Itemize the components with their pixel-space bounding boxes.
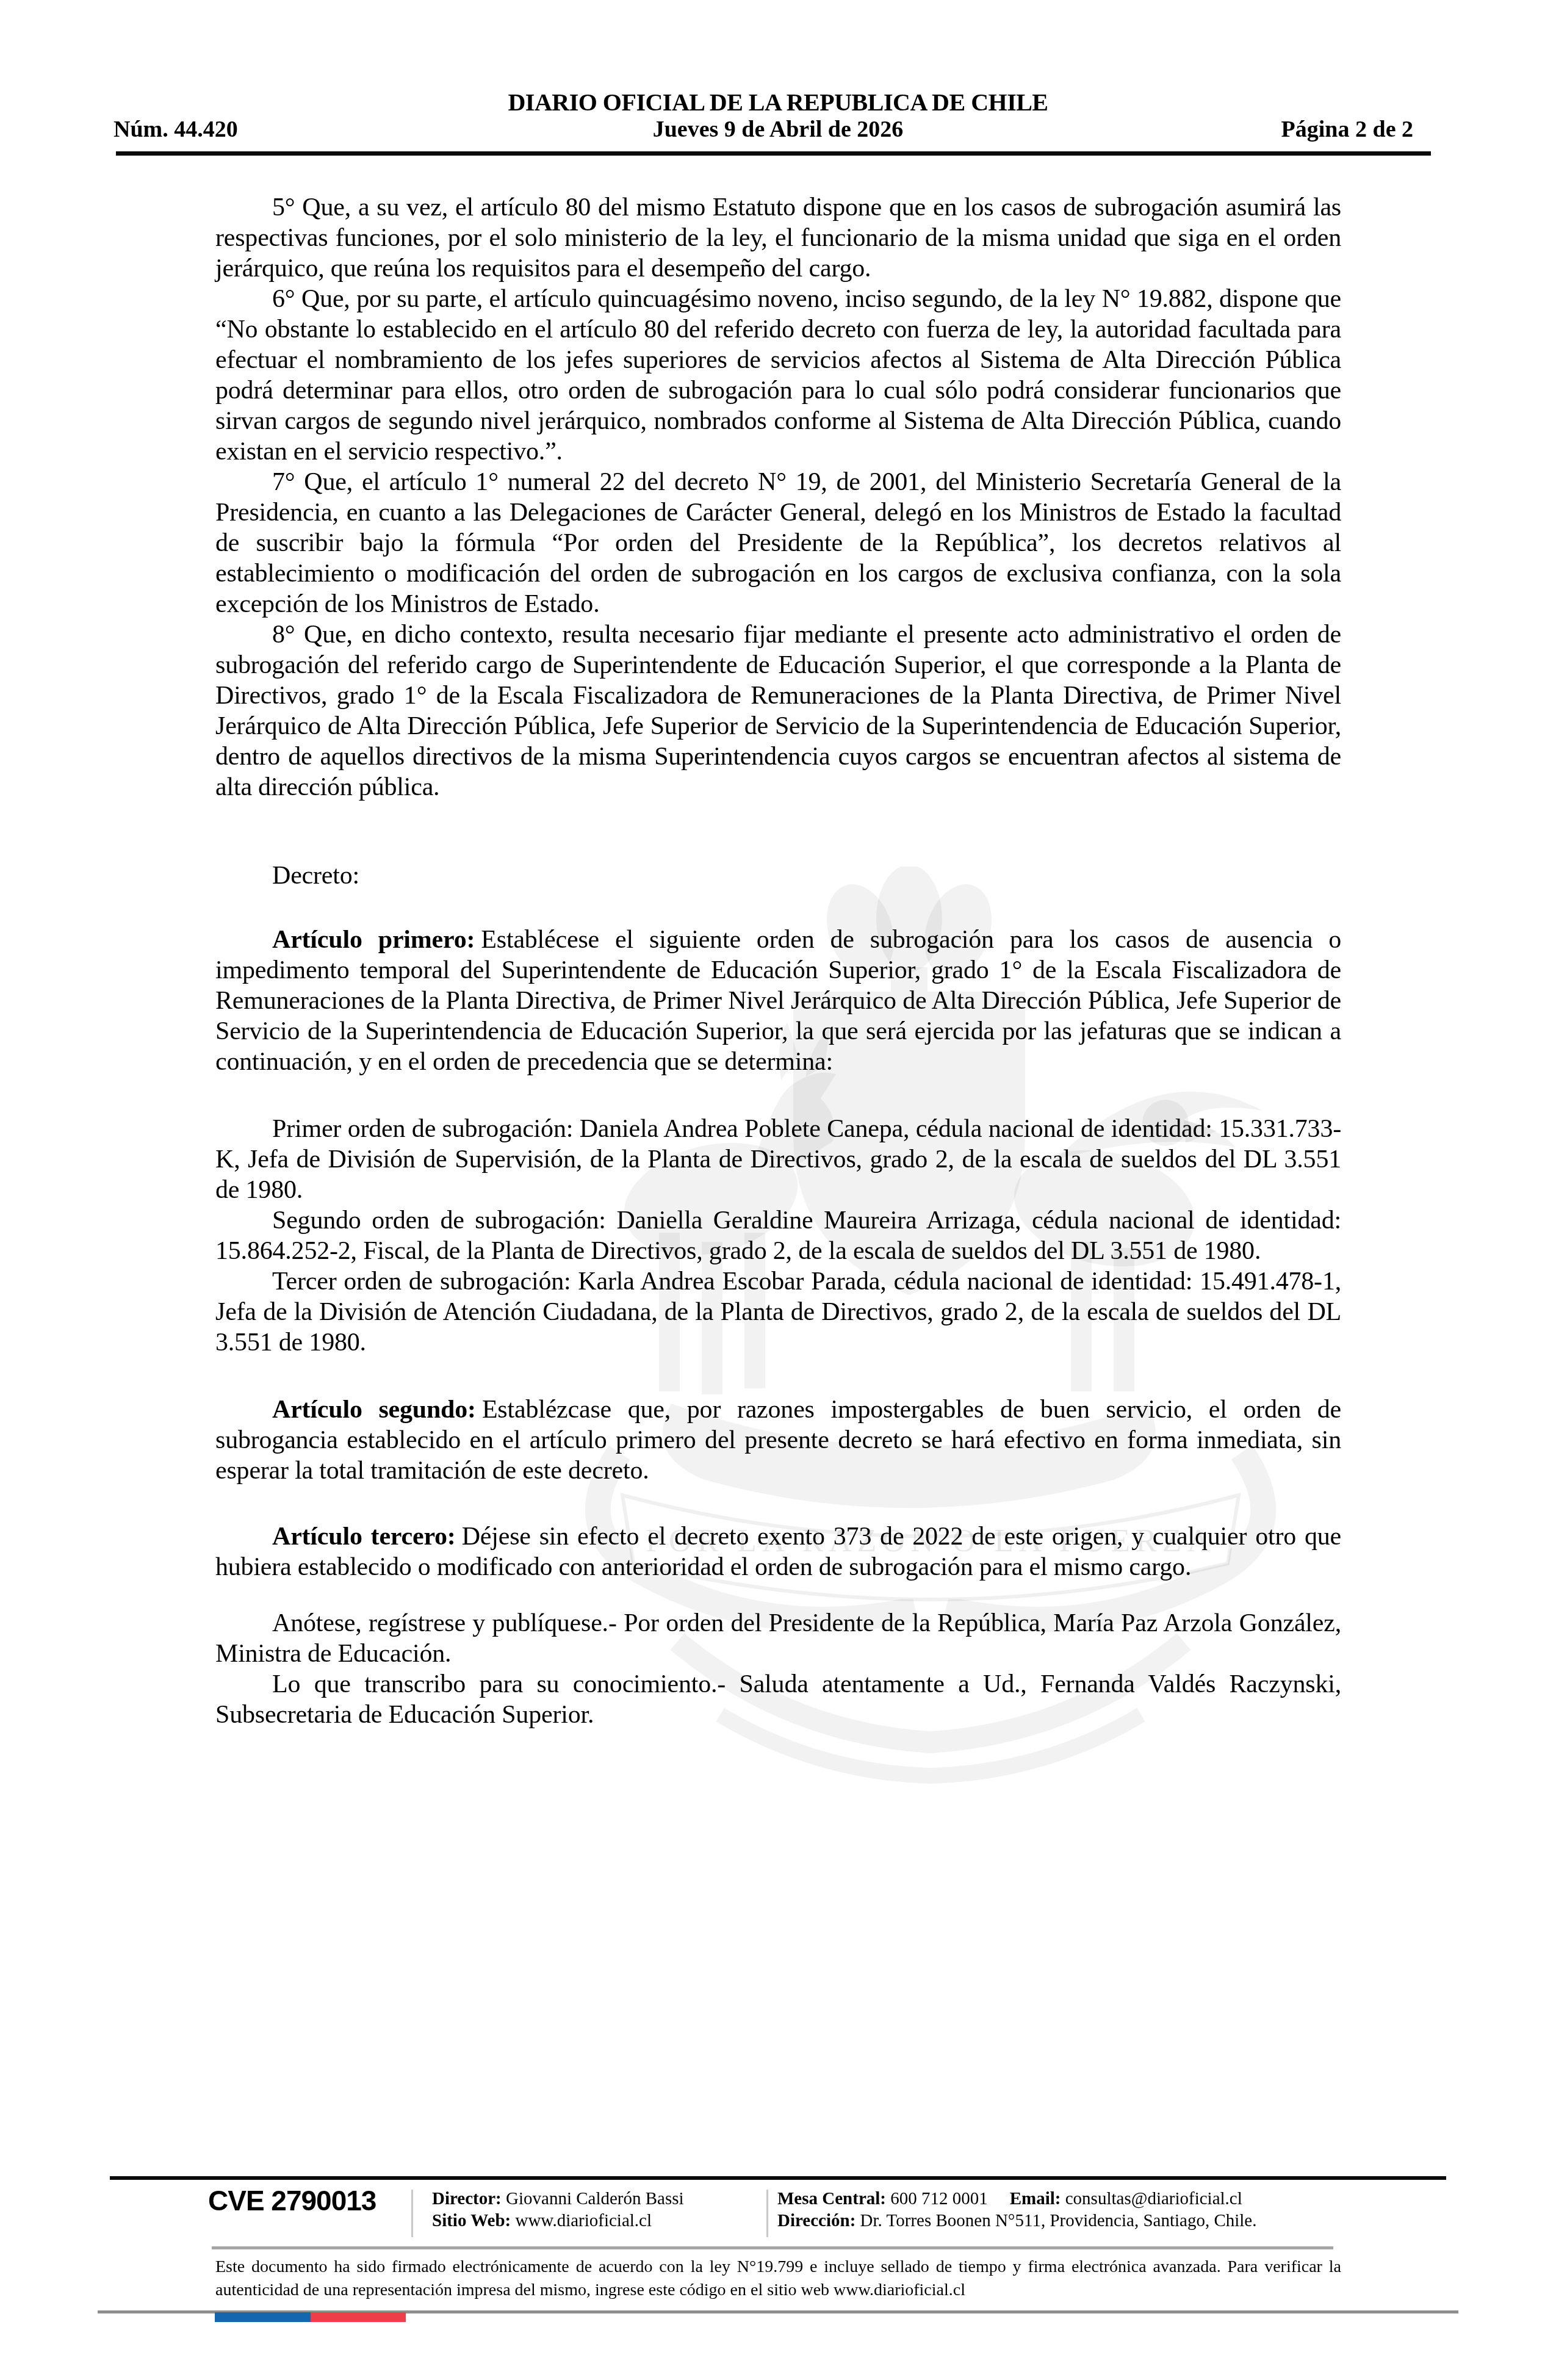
flag-red-bar	[311, 2312, 406, 2322]
footer-divider	[766, 2190, 768, 2237]
mesa-central-line: Mesa Central: 600 712 0001Email: consult…	[777, 2188, 1256, 2210]
director-name: Giovanni Calderón Bassi	[506, 2189, 684, 2209]
decreto-label: Decreto:	[215, 860, 1341, 891]
articulo-primero-label: Artículo primero:	[272, 926, 475, 954]
footer-top-rule	[110, 2176, 1446, 2180]
orden-firma-ministra: Anótese, regístrese y publíquese.- Por o…	[215, 1608, 1341, 1669]
footer-director-block: Director: Giovanni Calderón Bassi Sitio …	[432, 2188, 684, 2232]
direccion-label: Dirección:	[777, 2211, 855, 2230]
sitio-web-label: Sitio Web:	[432, 2211, 511, 2230]
articulo-tercero: Artículo tercero:Déjese sin efecto el de…	[215, 1521, 1341, 1582]
cve-number: CVE 2790013	[208, 2185, 376, 2216]
gobierno-de-chile-flag-icon	[215, 2312, 406, 2322]
legal-disclaimer: Este documento ha sido firmado electróni…	[215, 2256, 1341, 2302]
sitio-web-line: Sitio Web: www.diarioficial.cl	[432, 2210, 684, 2232]
document-page: DIARIO OFICIAL DE LA REPUBLICA DE CHILE …	[0, 0, 1556, 2380]
newspaper-title: DIARIO OFICIAL DE LA REPUBLICA DE CHILE	[0, 89, 1556, 116]
segundo-orden-subrogacion: Segundo orden de subrogación: Daniella G…	[215, 1205, 1341, 1266]
footer-contact-block: Mesa Central: 600 712 0001Email: consult…	[777, 2188, 1256, 2232]
primer-orden-subrogacion: Primer orden de subrogación: Daniela And…	[215, 1114, 1341, 1205]
articulo-tercero-label: Artículo tercero:	[272, 1523, 456, 1551]
page-indicator: Página 2 de 2	[1281, 116, 1413, 143]
header-rule	[116, 151, 1431, 156]
footer-bottom-rule	[212, 2246, 1333, 2249]
director-label: Director:	[432, 2189, 502, 2209]
mesa-central-value: 600 712 0001	[890, 2189, 988, 2209]
tercer-orden-subrogacion: Tercer orden de subrogación: Karla Andre…	[215, 1266, 1341, 1358]
direccion-value: Dr. Torres Boonen N°511, Providencia, Sa…	[860, 2211, 1257, 2230]
footer-divider	[411, 2190, 413, 2237]
considerando-5: 5° Que, a su vez, el artículo 80 del mis…	[215, 192, 1341, 284]
considerando-7: 7° Que, el artículo 1° numeral 22 del de…	[215, 467, 1341, 619]
email-label: Email:	[1010, 2189, 1061, 2209]
considerando-8: 8° Que, en dicho contexto, resulta neces…	[215, 619, 1341, 802]
flag-blue-bar	[215, 2312, 311, 2322]
transcripcion-subsecretaria: Lo que transcribo para su conocimiento.-…	[215, 1669, 1341, 1730]
director-line: Director: Giovanni Calderón Bassi	[432, 2188, 684, 2210]
articulo-primero: Artículo primero:Establécese el siguient…	[215, 925, 1341, 1077]
articulo-segundo-label: Artículo segundo:	[272, 1396, 476, 1424]
considerando-6: 6° Que, por su parte, el artículo quincu…	[215, 284, 1341, 467]
direccion-line: Dirección: Dr. Torres Boonen N°511, Prov…	[777, 2210, 1256, 2232]
mesa-central-label: Mesa Central:	[777, 2189, 886, 2209]
email-value: consultas@diarioficial.cl	[1065, 2189, 1242, 2209]
sitio-web-value: www.diarioficial.cl	[515, 2211, 652, 2230]
articulo-segundo: Artículo segundo:Establézcase que, por r…	[215, 1394, 1341, 1486]
decree-body: 5° Que, a su vez, el artículo 80 del mis…	[215, 192, 1341, 1730]
